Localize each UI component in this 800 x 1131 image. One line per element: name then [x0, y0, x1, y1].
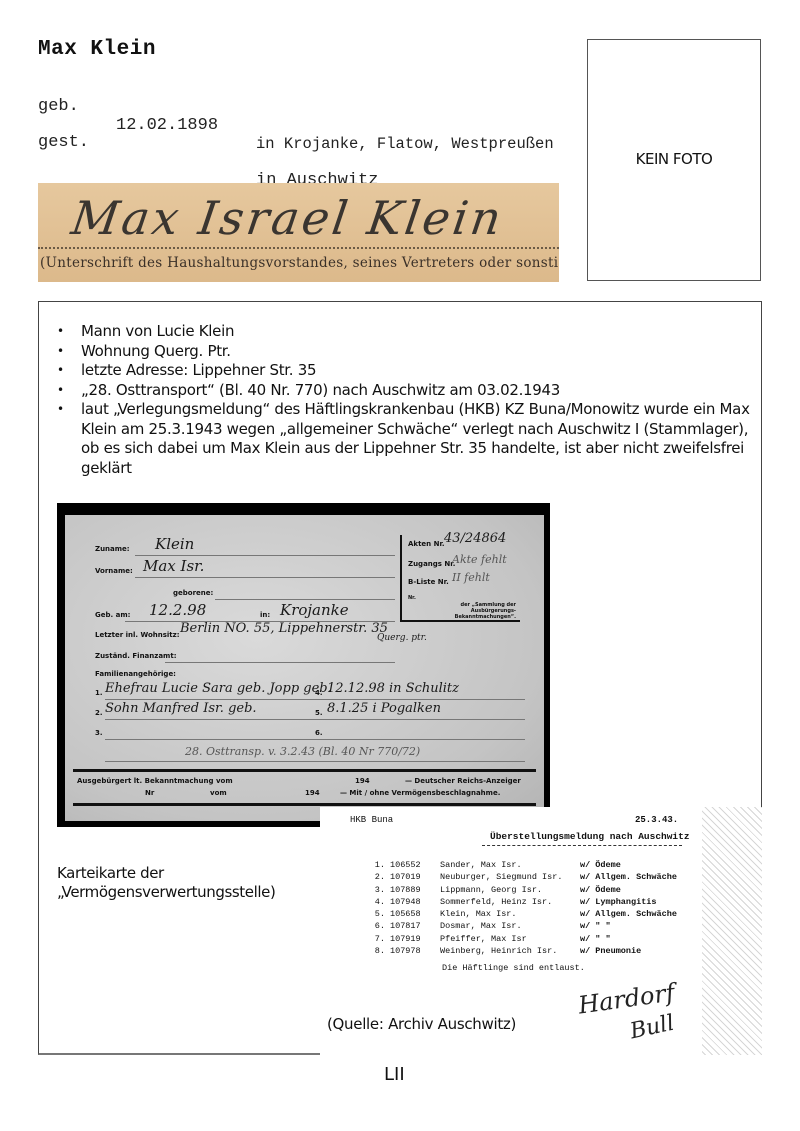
transfer-signature-2: Bull	[628, 1011, 677, 1045]
prisoner-name: Neuburger, Siegmund Isr.	[440, 871, 562, 883]
card-family-entry: 12.12.98 in Schulitz	[327, 681, 459, 696]
photo-placeholder-text: KEIN FOTO	[636, 150, 713, 168]
prisoner-number: 107919	[390, 933, 421, 945]
index-card-image: Zuname: Klein Vorname: Max Isr. geborene…	[57, 503, 550, 827]
row-number: 2.	[365, 871, 385, 883]
card-value-geb-am: 12.2.98	[149, 601, 206, 619]
card-rule	[165, 662, 395, 663]
prisoner-name: Klein, Max Isr.	[440, 908, 517, 920]
fact-item: Mann von Lucie Klein	[57, 322, 757, 342]
card-family-entry: 8.1.25 i Pogalken	[327, 701, 441, 716]
card-file-number-box: Akten Nr. 43/24864 Zugangs Nr. Akte fehl…	[400, 535, 520, 622]
card-rule	[135, 577, 395, 578]
card-value-bliste: II fehlt	[452, 571, 490, 584]
birth-date: 12.02.1898	[116, 116, 218, 135]
transfer-reason: w/ Ödeme	[580, 859, 621, 871]
signature-dotted-line	[38, 247, 559, 249]
card-label-akten: Akten Nr.	[408, 540, 445, 548]
transfer-footer: Die Häftlinge sind entlaust.	[442, 963, 585, 973]
card-label-sammlung: der „Sammlung der Ausbürgerungs-Bekanntm…	[420, 602, 516, 620]
fact-item: Wohnung Querg. Ptr.	[57, 342, 757, 362]
death-label: gest.	[38, 133, 89, 152]
fact-item: „28. Osttransport“ (Bl. 40 Nr. 770) nach…	[57, 381, 757, 401]
card-label-geborene: geborene:	[173, 589, 213, 597]
transfer-date: 25.3.43.	[635, 815, 678, 825]
transfer-reason: w/ Lymphangitis	[580, 896, 657, 908]
card-value-in: Krojanke	[280, 601, 349, 619]
card-rule	[105, 761, 525, 762]
transfer-reason: w/ Allgem. Schwäche	[580, 871, 677, 883]
photo-placeholder: KEIN FOTO	[587, 39, 761, 281]
transfer-reason: w/ " "	[580, 920, 611, 932]
birth-place: in Krojanke, Flatow, Westpreußen	[256, 135, 554, 153]
scan-noise	[702, 807, 762, 1055]
row-number: 7.	[365, 933, 385, 945]
person-name: Max Klein	[38, 38, 156, 61]
prisoner-name: Weinberg, Heinrich Isr.	[440, 945, 557, 957]
prisoner-number: 107889	[390, 884, 421, 896]
card-family-num: 1.	[95, 689, 103, 697]
card-value-zugangs: Akte fehlt	[452, 553, 507, 566]
card-thick-rule	[73, 769, 536, 772]
prisoner-number: 106552	[390, 859, 421, 871]
prisoner-number: 107019	[390, 871, 421, 883]
card-label-bliste: B-Liste Nr.	[408, 578, 449, 586]
card-label-zugangs: Zugangs Nr.	[408, 560, 455, 568]
card-rule	[135, 555, 395, 556]
card-transport-note: 28. Osttransp. v. 3.2.43 (Bl. 40 Nr 770/…	[185, 745, 420, 758]
card-family-num: 5.	[315, 709, 323, 717]
card-value-wohnsitz: Berlin NO. 55, Lippehnerstr. 35	[180, 621, 388, 636]
row-number: 1.	[365, 859, 385, 871]
prisoner-name: Dosmar, Max Isr.	[440, 920, 522, 932]
card-label-in: in:	[260, 611, 270, 619]
card-rule	[105, 719, 525, 720]
signature-caption: (Unterschrift des Haushaltungsvorstandes…	[40, 255, 559, 271]
card-footer-right: — Deutscher Reichs-Anzeiger	[405, 777, 521, 785]
card-family-num: 2.	[95, 709, 103, 717]
card-family-entry: Sohn Manfred Isr. geb.	[105, 701, 257, 716]
source-caption: (Quelle: Archiv Auschwitz)	[327, 1015, 516, 1033]
card-value-vorname: Max Isr.	[143, 557, 204, 575]
page-number: LII	[384, 1064, 405, 1085]
death-line: gest. in Auschwitz	[38, 114, 58, 190]
card-footer-right: — Mit / ohne Vermögensbeschlagnahme.	[340, 789, 500, 797]
card-value-zuname: Klein	[155, 535, 194, 553]
transfer-reason: w/ Allgem. Schwäche	[580, 908, 677, 920]
transfer-title: Überstellungsmeldung nach Auschwitz	[490, 831, 690, 842]
fact-item: laut „Verlegungsmeldung“ des Häftlingskr…	[57, 400, 757, 478]
card-label-geb-am: Geb. am:	[95, 611, 130, 619]
prisoner-number: 107978	[390, 945, 421, 957]
card-label-finanzamt: Zuständ. Finanzamt:	[95, 652, 177, 660]
prisoner-name: Pfeiffer, Max Isr	[440, 933, 527, 945]
card-value-akten: 43/24864	[444, 531, 506, 546]
card-footer-vom: vom	[210, 789, 227, 797]
transfer-title-underline	[482, 845, 682, 846]
card-footer-year: 194	[305, 789, 320, 797]
card-label-vorname: Vorname:	[95, 567, 133, 575]
card-family-num: 6.	[315, 729, 323, 737]
card-label-nr: Nr.	[408, 595, 416, 601]
prisoner-name: Sommerfeld, Heinz Isr.	[440, 896, 552, 908]
row-number: 6.	[365, 920, 385, 932]
card-family-num: 3.	[95, 729, 103, 737]
card-footer-nr: Nr	[145, 789, 154, 797]
fact-item: letzte Adresse: Lippehner Str. 35	[57, 361, 757, 381]
prisoner-name: Lippmann, Georg Isr.	[440, 884, 542, 896]
card-label-wohnsitz: Letzter inl. Wohnsitz:	[95, 631, 180, 639]
card-caption-line: Karteikarte der	[57, 864, 275, 883]
prisoner-number: 107948	[390, 896, 421, 908]
card-footer-year: 194	[355, 777, 370, 785]
prisoner-number: 105658	[390, 908, 421, 920]
card-thick-rule	[73, 803, 536, 806]
index-card: Zuname: Klein Vorname: Max Isr. geborene…	[65, 515, 544, 821]
signature-handwriting: Max Israel Klein	[68, 191, 507, 245]
card-family-entry: Ehefrau Lucie Sara geb. Jopp geb.	[105, 681, 332, 696]
row-number: 3.	[365, 884, 385, 896]
transfer-reason: w/ Ödeme	[580, 884, 621, 896]
signature-image: Max Israel Klein (Unterschrift des Haush…	[38, 183, 559, 282]
card-caption: Karteikarte der „Vermögensverwertungsste…	[57, 864, 275, 902]
card-caption-line: „Vermögensverwertungsstelle)	[57, 883, 275, 902]
transfer-reason: w/ Pneumonie	[580, 945, 641, 957]
prisoner-name: Sander, Max Isr.	[440, 859, 522, 871]
transfer-header: HKB Buna	[350, 815, 393, 825]
prisoner-number: 107817	[390, 920, 421, 932]
row-number: 4.	[365, 896, 385, 908]
card-rule	[105, 699, 525, 700]
card-label-zuname: Zuname:	[95, 545, 130, 553]
card-footer-left: Ausgebürgert lt. Bekanntmachung vom	[77, 777, 233, 785]
card-rule	[105, 739, 525, 740]
transfer-reason: w/ " "	[580, 933, 611, 945]
facts-list: Mann von Lucie Klein Wohnung Querg. Ptr.…	[57, 322, 757, 478]
card-value-wohnsitz-note: Querg. ptr.	[377, 633, 427, 643]
card-rule	[215, 599, 395, 600]
row-number: 8.	[365, 945, 385, 957]
row-number: 5.	[365, 908, 385, 920]
card-label-familie: Familienangehörige:	[95, 670, 176, 678]
card-family-num: 4.	[315, 689, 323, 697]
